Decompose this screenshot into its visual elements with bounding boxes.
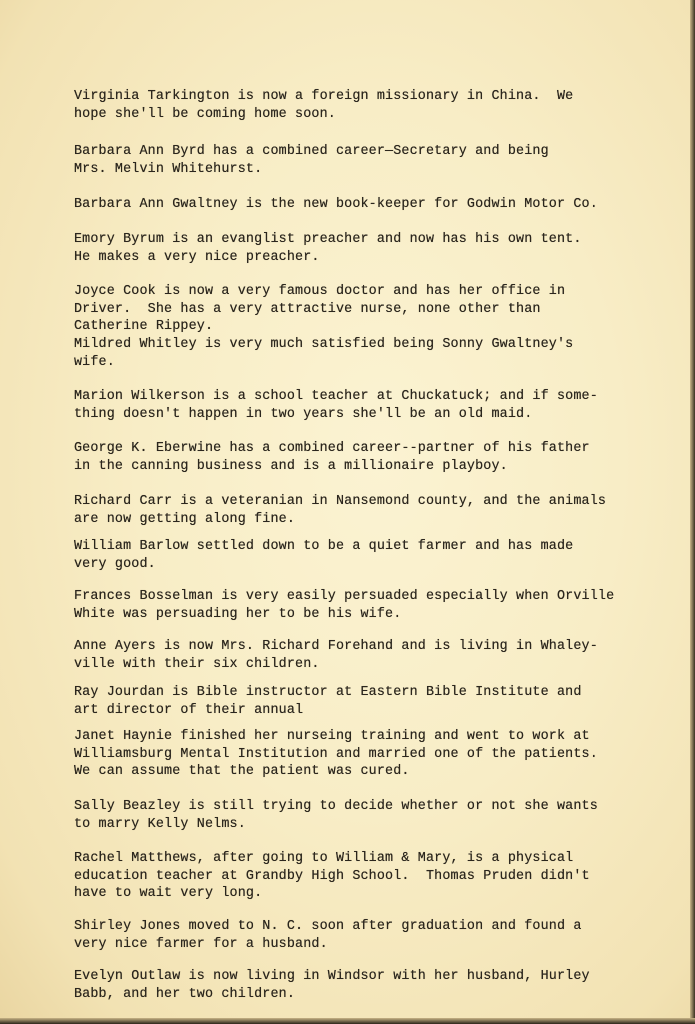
paragraph: Joyce Cook is now a very famous doctor a… (74, 283, 565, 336)
page-edge-right (690, 0, 695, 1024)
text-line: Williamsburg Mental Institution and marr… (74, 746, 598, 764)
paragraph: Virginia Tarkington is now a foreign mis… (74, 88, 573, 123)
text-line: thing doesn't happen in two years she'll… (74, 406, 598, 424)
text-line: hope she'll be coming home soon. (74, 106, 573, 124)
paragraph: Mildred Whitley is very much satisfied b… (74, 336, 573, 371)
paragraph: Emory Byrum is an evanglist preacher and… (74, 231, 582, 266)
text-line: Emory Byrum is an evanglist preacher and… (74, 231, 582, 249)
text-line: Rachel Matthews, after going to William … (74, 850, 590, 868)
paragraph: Evelyn Outlaw is now living in Windsor w… (74, 968, 590, 1003)
text-line: in the canning business and is a million… (74, 458, 590, 476)
paragraph: Ray Jourdan is Bible instructor at Easte… (74, 684, 582, 719)
text-line: to marry Kelly Nelms. (74, 816, 598, 834)
text-line: have to wait very long. (74, 885, 590, 903)
text-line: Catherine Rippey. (74, 318, 565, 336)
text-line: Driver. She has a very attractive nurse,… (74, 301, 565, 319)
text-line: Joyce Cook is now a very famous doctor a… (74, 283, 565, 301)
text-line: Virginia Tarkington is now a foreign mis… (74, 88, 573, 106)
text-line: art director of their annual (74, 702, 582, 720)
text-line: Mildred Whitley is very much satisfied b… (74, 336, 573, 354)
text-line: Evelyn Outlaw is now living in Windsor w… (74, 968, 590, 986)
text-line: White was persuading her to be his wife. (74, 606, 614, 624)
text-line: education teacher at Grandby High School… (74, 868, 590, 886)
text-line: Barbara Ann Byrd has a combined career—S… (74, 143, 549, 161)
paragraph: Janet Haynie finished her nurseing train… (74, 728, 598, 781)
paragraph: Shirley Jones moved to N. C. soon after … (74, 918, 582, 953)
text-line: Babb, and her two children. (74, 986, 590, 1004)
text-line: William Barlow settled down to be a quie… (74, 538, 573, 556)
text-line: very nice farmer for a husband. (74, 936, 582, 954)
page-edge-bottom (0, 1018, 695, 1024)
paragraph: William Barlow settled down to be a quie… (74, 538, 573, 573)
paragraph: Anne Ayers is now Mrs. Richard Forehand … (74, 638, 598, 673)
text-line: Shirley Jones moved to N. C. soon after … (74, 918, 582, 936)
text-line: Frances Bosselman is very easily persuad… (74, 588, 614, 606)
text-line: wife. (74, 354, 573, 372)
text-line: Sally Beazley is still trying to decide … (74, 798, 598, 816)
text-line: George K. Eberwine has a combined career… (74, 440, 590, 458)
text-line: Barbara Ann Gwaltney is the new book-kee… (74, 196, 598, 214)
paragraph: Rachel Matthews, after going to William … (74, 850, 590, 903)
paragraph: Barbara Ann Byrd has a combined career—S… (74, 143, 549, 178)
paragraph: George K. Eberwine has a combined career… (74, 440, 590, 475)
text-line: He makes a very nice preacher. (74, 249, 582, 267)
scanned-page: Virginia Tarkington is now a foreign mis… (0, 0, 690, 1018)
text-line: are now getting along fine. (74, 511, 606, 529)
text-line: Anne Ayers is now Mrs. Richard Forehand … (74, 638, 598, 656)
text-line: Marion Wilkerson is a school teacher at … (74, 388, 598, 406)
paragraph: Sally Beazley is still trying to decide … (74, 798, 598, 833)
paragraph: Richard Carr is a veteranian in Nansemon… (74, 493, 606, 528)
paragraph: Barbara Ann Gwaltney is the new book-kee… (74, 196, 598, 214)
text-line: ville with their six children. (74, 656, 598, 674)
text-line: We can assume that the patient was cured… (74, 763, 598, 781)
paragraph: Frances Bosselman is very easily persuad… (74, 588, 614, 623)
text-line: very good. (74, 556, 573, 574)
text-line: Ray Jourdan is Bible instructor at Easte… (74, 684, 582, 702)
text-line: Richard Carr is a veteranian in Nansemon… (74, 493, 606, 511)
text-line: Mrs. Melvin Whitehurst. (74, 161, 549, 179)
text-line: Janet Haynie finished her nurseing train… (74, 728, 598, 746)
paragraph: Marion Wilkerson is a school teacher at … (74, 388, 598, 423)
